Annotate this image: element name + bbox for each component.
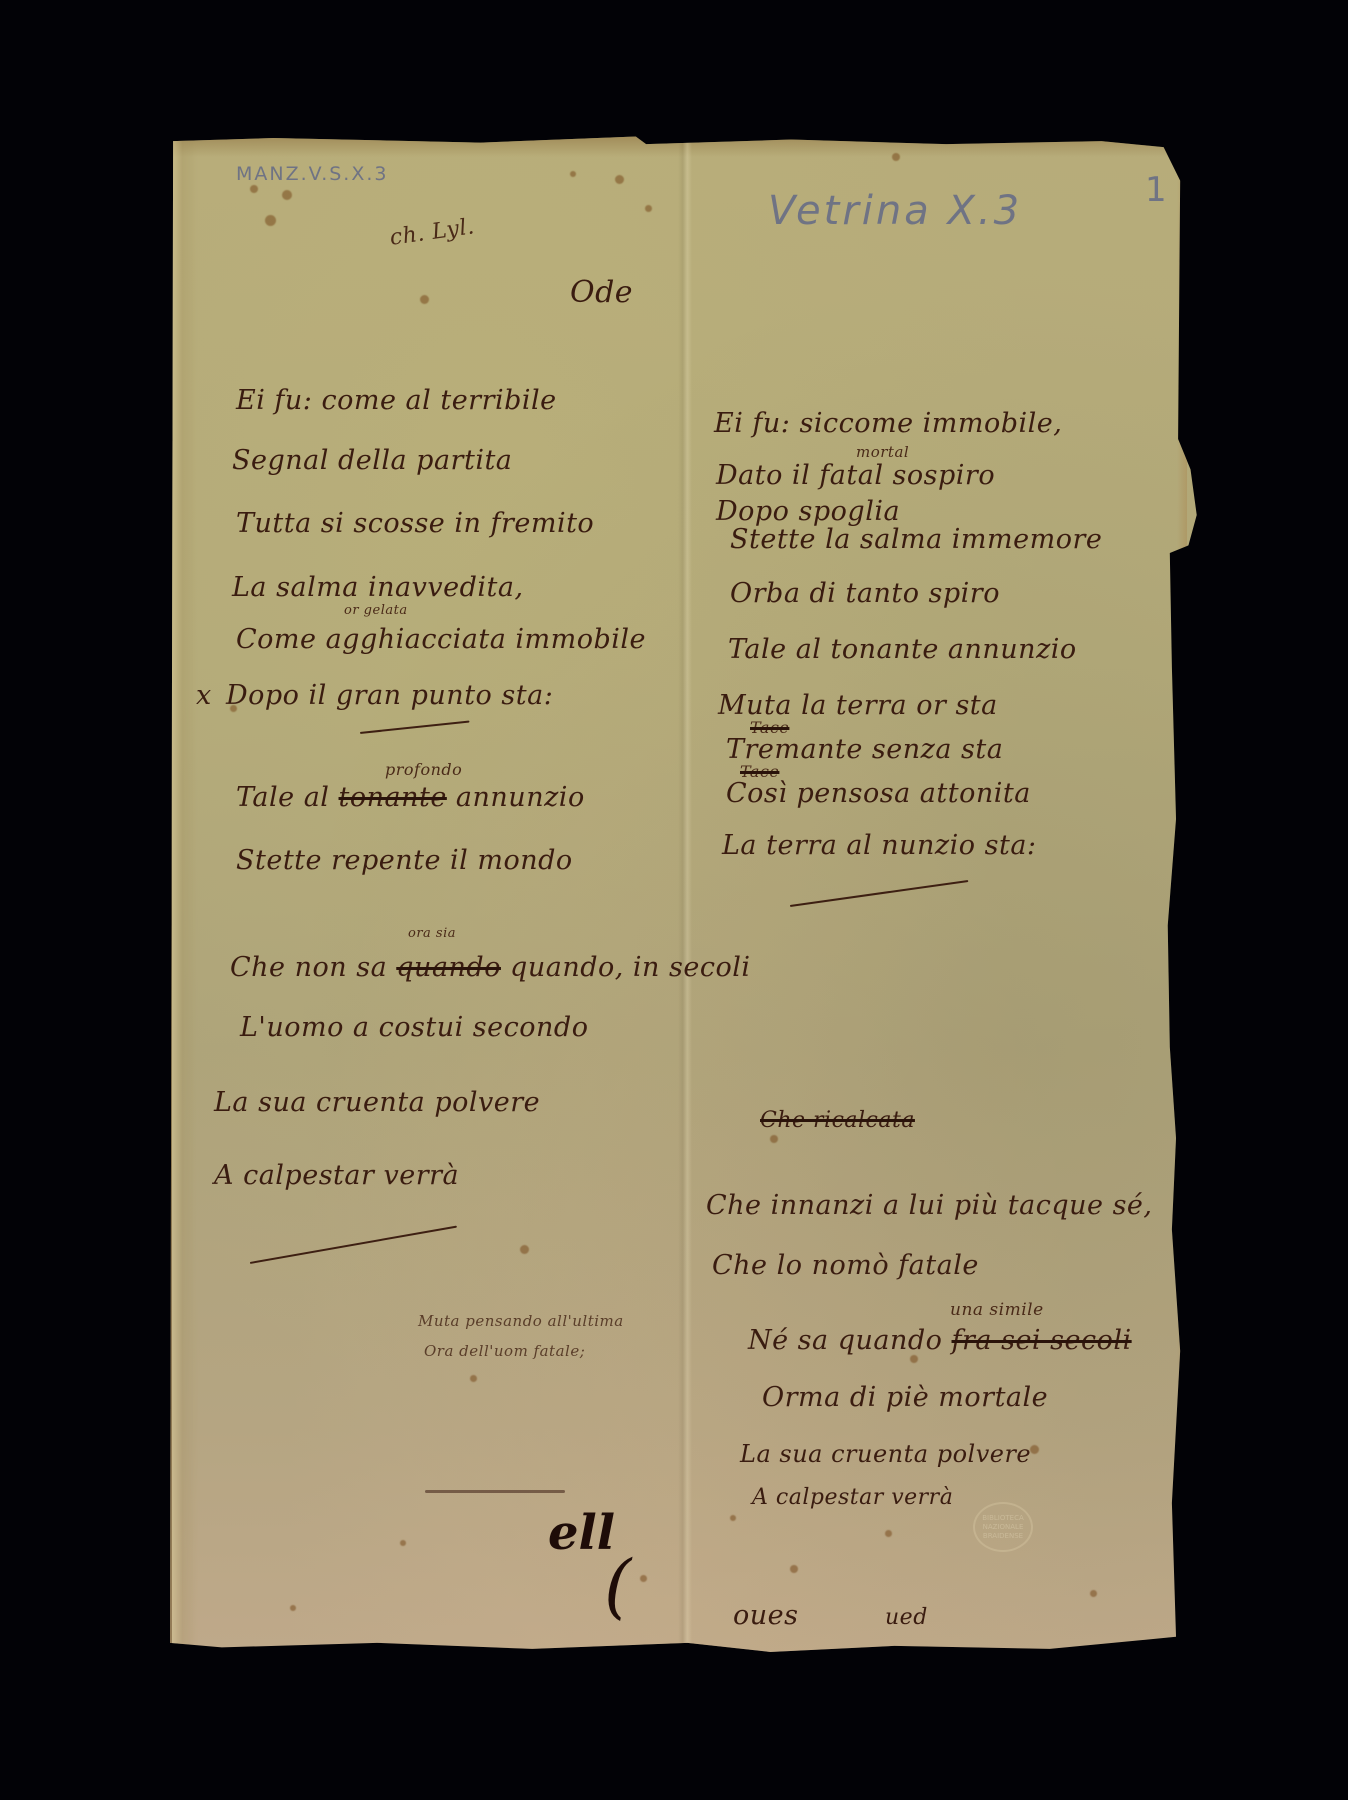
struck-phrase: fra sei secoli: [952, 1325, 1132, 1356]
left-line-3: Tutta si scosse in fremito: [236, 508, 594, 539]
left-line-5: Come agghiacciata immobile: [236, 624, 646, 655]
foxing-spot: [645, 205, 652, 212]
manuscript-leaf: [170, 135, 1205, 1655]
text-segment: quando, in secoli: [501, 952, 751, 983]
left-margin-mark: x: [196, 680, 212, 711]
bottom-word-2: ued: [885, 1605, 928, 1630]
struck-heading: Che ricalcata: [760, 1108, 915, 1133]
shelfmark-top-right: Vetrina X.3: [768, 188, 1022, 234]
ink-flourish-tail: (: [604, 1545, 631, 1627]
right-line-5: Orba di tanto spiro: [730, 578, 1000, 609]
right-line-4: Stette la salma immemore: [730, 524, 1102, 555]
left-interlinear-9: ora sia: [408, 926, 456, 941]
shelfmark-top-left: MANZ.V.S.X.3: [236, 163, 389, 185]
struck-word: tonante: [339, 782, 447, 813]
right-line-11: Che innanzi a lui più tacque sé,: [706, 1190, 1152, 1221]
left-line-1: Ei fu: come al terribile: [236, 385, 557, 416]
foxing-spot: [282, 190, 292, 200]
foxing-spot: [790, 1565, 798, 1573]
foxing-spot: [290, 1605, 296, 1611]
left-line-7: Tale al tonante annunzio: [236, 782, 585, 813]
bottom-word-1: oues: [733, 1600, 798, 1631]
right-line-2: Dato il fatal sospiro: [716, 460, 995, 491]
right-line-10: La terra al nunzio sta:: [722, 830, 1037, 861]
right-line-8: Tremante senza sta: [726, 734, 1003, 765]
marginal-note-line-1: Muta pensando all'ultima: [418, 1312, 624, 1330]
left-line-6: Dopo il gran punto sta:: [226, 680, 553, 711]
foxing-spot: [640, 1575, 647, 1582]
left-line-8: Stette repente il mondo: [236, 845, 573, 876]
foxing-spot: [1185, 1185, 1192, 1192]
text-segment: Che non sa: [230, 952, 396, 983]
library-stamp: BIBLIOTECA NAZIONALE BRAIDENSE: [973, 1502, 1033, 1552]
heading-ode: Ode: [570, 275, 633, 310]
foxing-spot: [730, 1515, 736, 1521]
right-line-9: Così pensosa attonita: [726, 778, 1031, 809]
foxing-spot: [1090, 1590, 1097, 1597]
left-line-9: Che non sa quando quando, in secoli: [230, 952, 751, 983]
right-line-6: Tale al tonante annunzio: [728, 634, 1077, 665]
foxing-spot: [1180, 165, 1188, 173]
foxing-spot: [520, 1245, 529, 1254]
left-line-11: La sua cruenta polvere: [214, 1087, 540, 1118]
foxing-spot: [615, 175, 624, 184]
text-segment: Tale al: [236, 782, 339, 813]
left-line-12: A calpestar verrà: [214, 1160, 459, 1191]
folio-number: 1: [1145, 170, 1167, 210]
right-line-15: La sua cruenta polvere: [740, 1440, 1031, 1468]
bound-left-edge: [170, 135, 198, 1655]
right-interlinear-13: una simile: [950, 1300, 1044, 1320]
ink-smudge: [425, 1490, 565, 1493]
text-segment: annunzio: [447, 782, 585, 813]
text-segment: Né sa quando: [748, 1325, 952, 1356]
foxing-spot: [420, 295, 429, 304]
right-interlinear-2: mortal: [856, 443, 909, 461]
marginal-note-line-2: Ora dell'uom fatale;: [424, 1342, 585, 1360]
left-interlinear-4: or gelata: [344, 603, 408, 618]
left-line-10: L'uomo a costui secondo: [240, 1012, 588, 1043]
foxing-spot: [265, 215, 276, 226]
torn-right-edge: [1177, 175, 1187, 1634]
right-line-7: Muta la terra or sta: [718, 690, 998, 721]
right-line-3: Dopo spoglia: [716, 496, 900, 527]
right-line-13: Né sa quando fra sei secoli: [748, 1325, 1132, 1356]
left-interlinear-7: profondo: [385, 760, 462, 779]
foxing-spot: [570, 171, 576, 177]
foxing-spot: [892, 153, 900, 161]
foxing-spot: [1030, 1445, 1039, 1454]
foxing-spot: [770, 1135, 778, 1143]
right-line-12: Che lo nomò fatale: [712, 1250, 979, 1281]
left-line-2: Segnal della partita: [232, 445, 512, 476]
center-fold: [678, 135, 692, 1655]
foxing-spot: [885, 1530, 892, 1537]
right-line-16: A calpestar verrà: [752, 1485, 953, 1510]
foxing-spot: [910, 1355, 918, 1363]
left-line-4: La salma inavvedita,: [232, 572, 524, 603]
right-line-14: Orma di piè mortale: [762, 1382, 1048, 1413]
foxing-spot: [400, 1540, 406, 1546]
foxing-spot: [470, 1375, 477, 1382]
foxing-spot: [250, 185, 258, 193]
right-line-1: Ei fu: siccome immobile,: [714, 408, 1062, 439]
struck-word: quando: [396, 952, 501, 983]
